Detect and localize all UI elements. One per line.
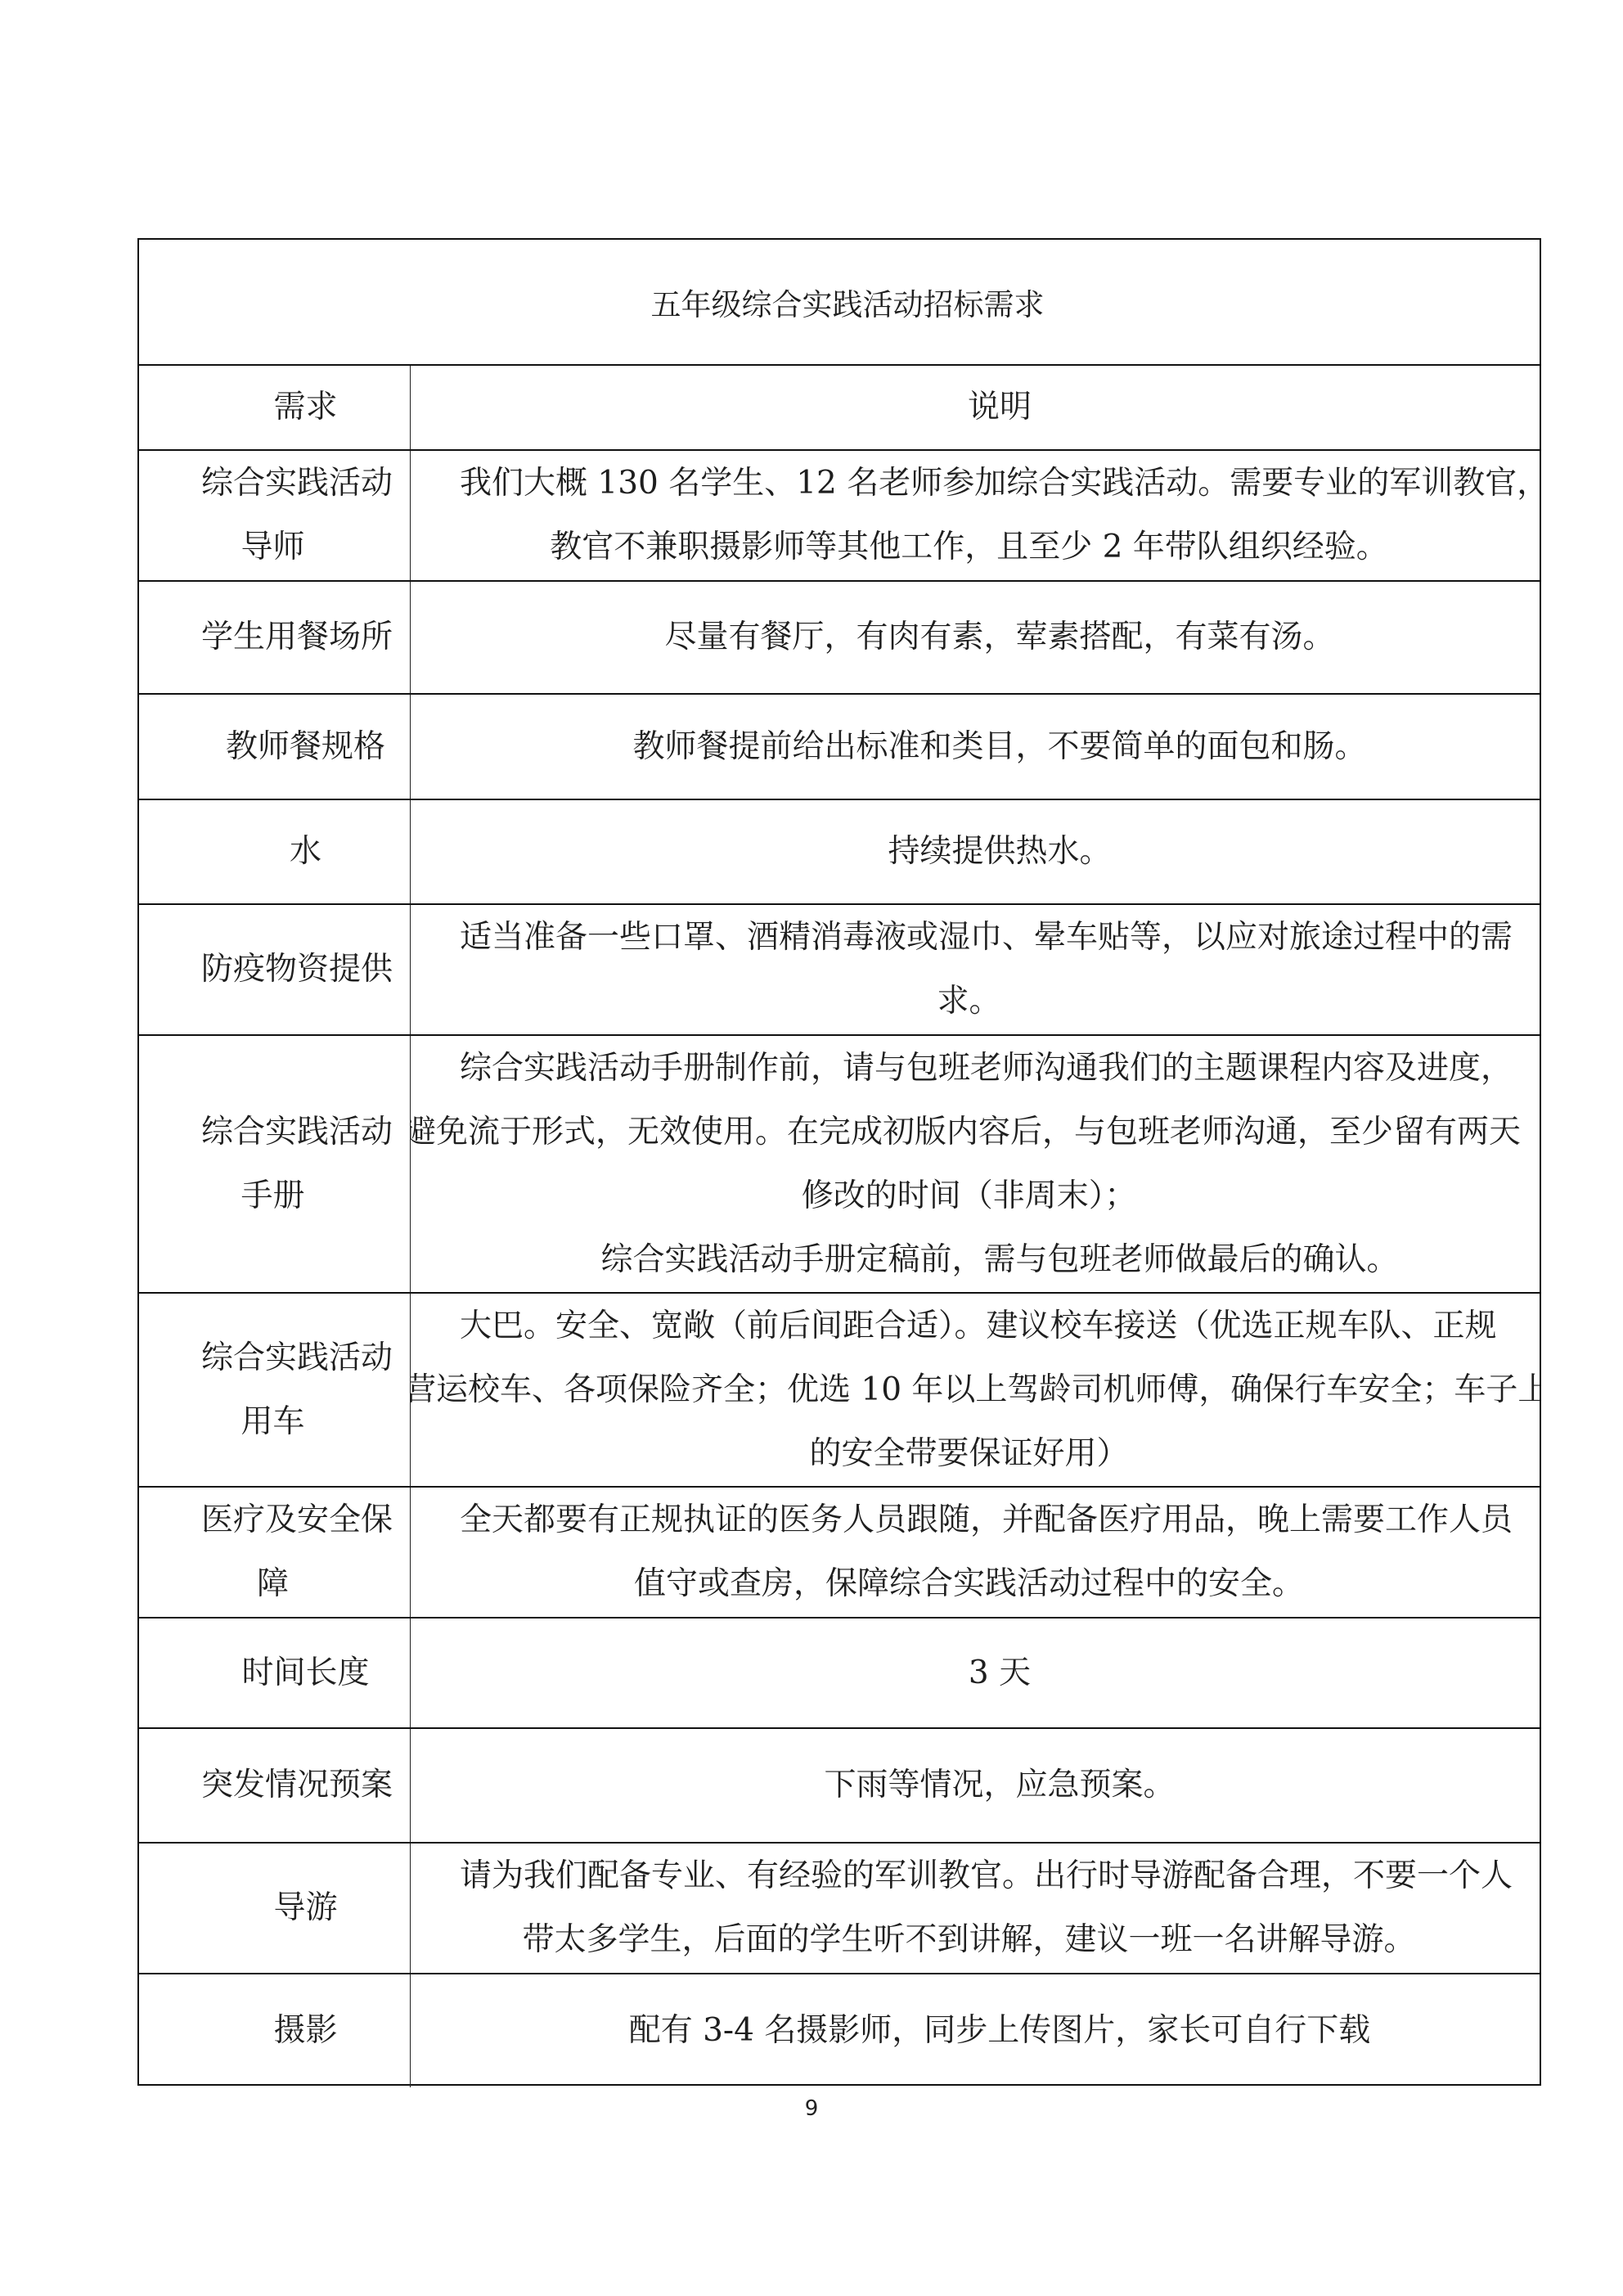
table-row: 水持续提供热水。	[139, 799, 1540, 903]
description-text-line: 3 天	[411, 1641, 1540, 1705]
description-text-line: 值守或查房，保障综合实践活动过程中的安全。	[411, 1552, 1540, 1616]
requirement-text-line: 学生用餐场所	[139, 606, 410, 669]
description-text-line: 下雨等情况，应急预案。	[411, 1754, 1540, 1817]
description-text-line: 综合实践活动手册定稿前，需与包班老师做最后的确认。	[411, 1228, 1540, 1292]
requirement-text-line: 手册	[139, 1164, 410, 1228]
requirement-cell: 综合实践活动手册	[139, 1036, 410, 1292]
table-row: 突发情况预案下雨等情况，应急预案。	[139, 1727, 1540, 1842]
description-cell: 综合实践活动手册制作前，请与包班老师沟通我们的主题课程内容及进度，避免流于形式，…	[410, 1036, 1540, 1292]
description-cell: 配有 3-4 名摄影师，同步上传图片，家长可自行下载	[410, 1974, 1540, 2087]
description-text-line: 教官不兼职摄影师等其他工作，且至少 2 年带队组织经验。	[411, 515, 1540, 579]
table-row: 防疫物资提供适当准备一些口罩、酒精消毒液或湿巾、晕车贴等，以应对旅途过程中的需求…	[139, 903, 1540, 1034]
description-cell: 3 天	[410, 1618, 1540, 1727]
requirement-text-line: 综合实践活动	[139, 1101, 410, 1164]
requirement-text-line: 导游	[139, 1876, 410, 1940]
requirement-text-line: 用车	[139, 1390, 410, 1454]
description-text-line: 尽量有餐厅，有肉有素，荤素搭配，有菜有汤。	[411, 606, 1540, 669]
description-cell: 持续提供热水。	[410, 800, 1540, 903]
description-text-line: 教师餐提前给出标准和类目，不要简单的面包和肠。	[411, 715, 1540, 779]
table-row: 综合实践活动导师我们大概 130 名学生、12 名老师参加综合实践活动。需要专业…	[139, 449, 1540, 580]
table-row: 时间长度3 天	[139, 1617, 1540, 1727]
requirement-cell: 医疗及安全保障	[139, 1488, 410, 1617]
table-title: 五年级综合实践活动招标需求	[635, 280, 1045, 324]
requirement-text-line: 突发情况预案	[139, 1754, 410, 1817]
description-cell: 全天都要有正规执证的医务人员跟随，并配备医疗用品，晚上需要工作人员值守或查房，保…	[410, 1488, 1540, 1617]
document-page: 五年级综合实践活动招标需求 需求 说明 综合实践活动导师我们大概 130 名学生…	[0, 0, 1623, 2296]
description-cell: 下雨等情况，应急预案。	[410, 1729, 1540, 1842]
table-row: 综合实践活动用车大巴。安全、宽敞（前后间距合适）。建议校车接送（优选正规车队、正…	[139, 1292, 1540, 1486]
description-cell: 大巴。安全、宽敞（前后间距合适）。建议校车接送（优选正规车队、正规营运校车、各项…	[410, 1294, 1540, 1486]
table-title-cell: 五年级综合实践活动招标需求	[139, 240, 1540, 364]
description-cell: 请为我们配备专业、有经验的军训教官。出行时导游配备合理，不要一个人带太多学生，后…	[410, 1844, 1540, 1973]
description-cell: 教师餐提前给出标准和类目，不要简单的面包和肠。	[410, 695, 1540, 799]
description-text-line: 综合实践活动手册制作前，请与包班老师沟通我们的主题课程内容及进度，	[411, 1037, 1540, 1101]
requirement-text-line: 医疗及安全保	[139, 1488, 410, 1552]
requirement-text-line: 综合实践活动	[139, 452, 410, 515]
requirement-text-line: 防疫物资提供	[139, 938, 410, 1002]
description-text-line: 适当准备一些口罩、酒精消毒液或湿巾、晕车贴等，以应对旅途过程中的需	[411, 906, 1540, 970]
column-header-requirement: 需求	[139, 376, 410, 439]
table-title-row: 五年级综合实践活动招标需求	[139, 240, 1540, 364]
header-cell-requirement: 需求	[139, 366, 410, 449]
description-cell: 适当准备一些口罩、酒精消毒液或湿巾、晕车贴等，以应对旅途过程中的需求。	[410, 905, 1540, 1034]
description-text-line: 全天都要有正规执证的医务人员跟随，并配备医疗用品，晚上需要工作人员	[411, 1488, 1540, 1552]
requirement-cell: 突发情况预案	[139, 1729, 410, 1842]
requirement-cell: 摄影	[139, 1974, 410, 2087]
description-cell: 我们大概 130 名学生、12 名老师参加综合实践活动。需要专业的军训教官，教官…	[410, 451, 1540, 580]
description-text-line: 我们大概 130 名学生、12 名老师参加综合实践活动。需要专业的军训教官，	[411, 452, 1540, 515]
description-text-line: 求。	[411, 970, 1540, 1033]
requirement-cell: 学生用餐场所	[139, 582, 410, 693]
requirement-cell: 导游	[139, 1844, 410, 1973]
description-text-line: 持续提供热水。	[411, 820, 1540, 884]
table-row: 学生用餐场所尽量有餐厅，有肉有素，荤素搭配，有菜有汤。	[139, 580, 1540, 693]
table-row: 综合实践活动手册综合实践活动手册制作前，请与包班老师沟通我们的主题课程内容及进度…	[139, 1034, 1540, 1292]
requirement-cell: 水	[139, 800, 410, 903]
description-text-line: 避免流于形式，无效使用。在完成初版内容后，与包班老师沟通，至少留有两天	[410, 1101, 1540, 1164]
description-text-line: 的安全带要保证好用）	[411, 1422, 1540, 1486]
requirement-cell: 时间长度	[139, 1618, 410, 1727]
requirement-text-line: 导师	[139, 515, 410, 579]
description-text-line: 大巴。安全、宽敞（前后间距合适）。建议校车接送（优选正规车队、正规	[411, 1294, 1540, 1358]
description-text-line: 请为我们配备专业、有经验的军训教官。出行时导游配备合理，不要一个人	[411, 1844, 1540, 1908]
requirement-cell: 教师餐规格	[139, 695, 410, 799]
description-text-line: 带太多学生，后面的学生听不到讲解，建议一班一名讲解导游。	[411, 1908, 1540, 1972]
table-header-row: 需求 说明	[139, 364, 1540, 449]
table-row: 教师餐规格教师餐提前给出标准和类目，不要简单的面包和肠。	[139, 693, 1540, 799]
table-row: 医疗及安全保障全天都要有正规执证的医务人员跟随，并配备医疗用品，晚上需要工作人员…	[139, 1486, 1540, 1617]
column-header-description: 说明	[411, 376, 1540, 439]
description-text-line: 营运校车、各项保险齐全；优选 10 年以上驾龄司机师傅，确保行车安全；车子上	[410, 1358, 1540, 1422]
page-number: 9	[0, 2096, 1623, 2121]
requirement-text-line: 障	[139, 1552, 410, 1616]
description-cell: 尽量有餐厅，有肉有素，荤素搭配，有菜有汤。	[410, 582, 1540, 693]
table-row: 摄影配有 3-4 名摄影师，同步上传图片，家长可自行下载	[139, 1973, 1540, 2087]
table-row: 导游请为我们配备专业、有经验的军训教官。出行时导游配备合理，不要一个人带太多学生…	[139, 1842, 1540, 1973]
requirement-text-line: 时间长度	[139, 1641, 410, 1705]
requirement-text-line: 水	[139, 820, 410, 884]
requirements-table: 五年级综合实践活动招标需求 需求 说明 综合实践活动导师我们大概 130 名学生…	[137, 238, 1541, 2086]
requirement-text-line: 综合实践活动	[139, 1326, 410, 1390]
header-cell-description: 说明	[410, 366, 1540, 449]
description-text-line: 修改的时间（非周末）；	[411, 1164, 1540, 1228]
requirement-text-line: 教师餐规格	[139, 715, 410, 779]
requirement-text-line: 摄影	[139, 1999, 410, 2063]
requirement-cell: 综合实践活动用车	[139, 1294, 410, 1486]
requirement-cell: 防疫物资提供	[139, 905, 410, 1034]
requirement-cell: 综合实践活动导师	[139, 451, 410, 580]
description-text-line: 配有 3-4 名摄影师，同步上传图片，家长可自行下载	[411, 1999, 1540, 2063]
